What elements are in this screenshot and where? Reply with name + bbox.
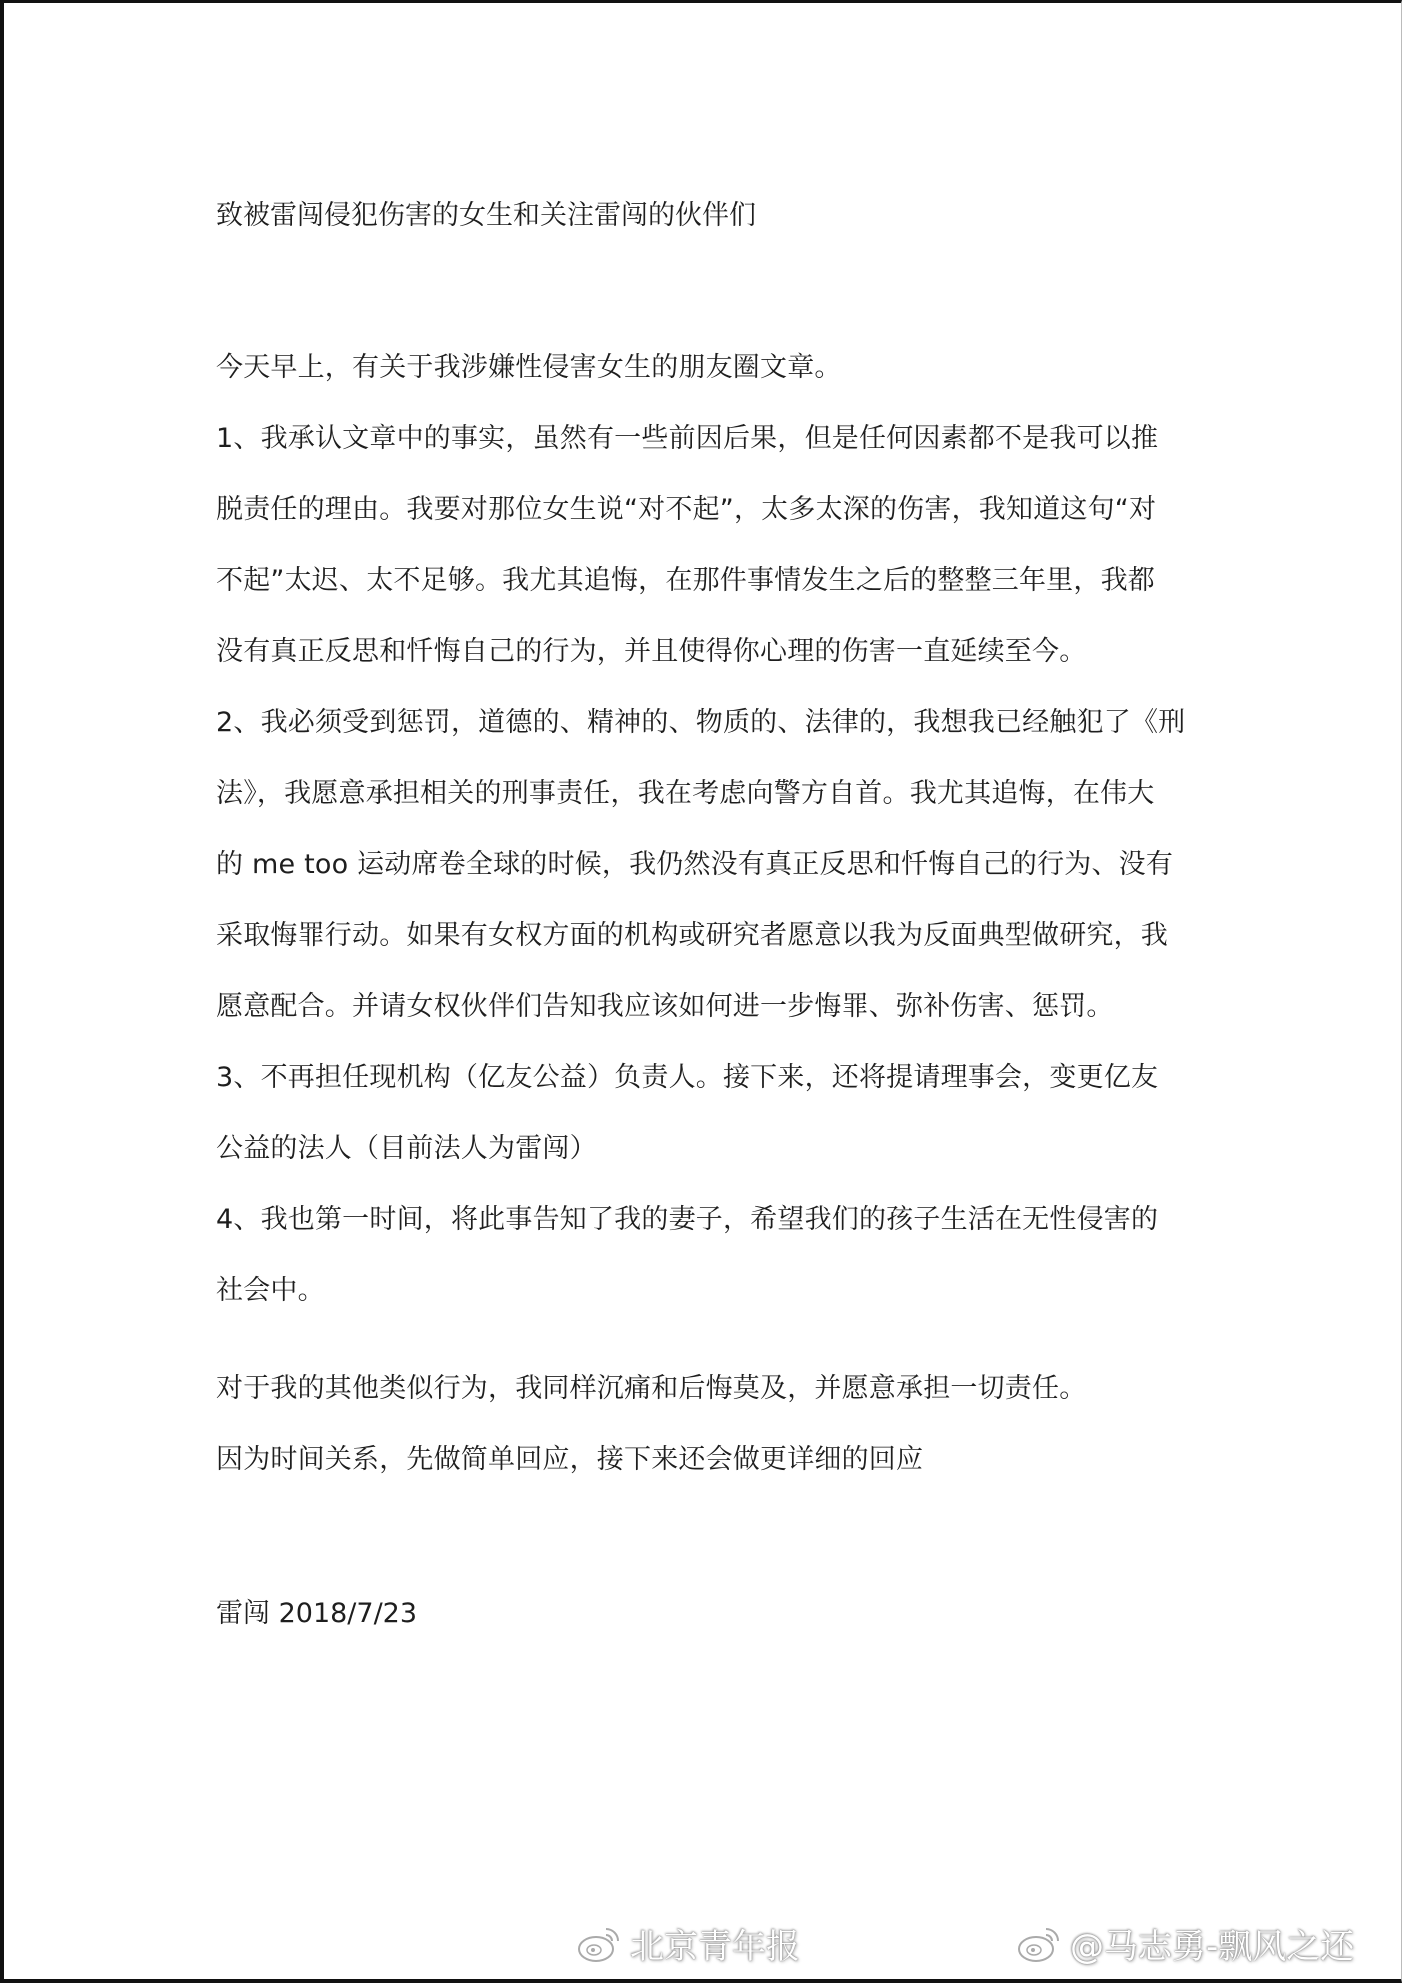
body-line: 2、我必须受到惩罚，道德的、精神的、物质的、法律的，我想我已经触犯了《刑 bbox=[216, 700, 1185, 739]
body-line: 社会中。 bbox=[216, 1268, 325, 1307]
body-line: 今天早上，有关于我涉嫌性侵害女生的朋友圈文章。 bbox=[216, 345, 842, 384]
body-line: 法》，我愿意承担相关的刑事责任，我在考虑向警方自首。我尤其追悔，在伟大 bbox=[216, 771, 1155, 810]
letter-title: 致被雷闯侵犯伤害的女生和关注雷闯的伙伴们 bbox=[216, 193, 756, 232]
body-line: 愿意配合。并请女权伙伴们告知我应该如何进一步悔罪、弥补伤害、惩罚。 bbox=[216, 984, 1114, 1023]
body-line: 3、不再担任现机构（亿友公益）负责人。接下来，还将提请理事会，变更亿友 bbox=[216, 1055, 1158, 1094]
body-line: 采取悔罪行动。如果有女权方面的机构或研究者愿意以我为反面典型做研究，我 bbox=[216, 913, 1168, 952]
body-line: 不起”太迟、太不足够。我尤其追悔，在那件事情发生之后的整整三年里，我都 bbox=[216, 558, 1155, 597]
body-line: 公益的法人（目前法人为雷闯） bbox=[216, 1126, 597, 1165]
weibo-icon bbox=[576, 1921, 624, 1965]
watermark-text: 北京青年报 bbox=[630, 1919, 800, 1968]
body-line: 对于我的其他类似行为，我同样沉痛和后悔莫及，并愿意承担一切责任。 bbox=[216, 1366, 1086, 1405]
body-line: 4、我也第一时间，将此事告知了我的妻子，希望我们的孩子生活在无性侵害的 bbox=[216, 1197, 1158, 1236]
watermark-text: @马志勇-飘风之还 bbox=[1070, 1919, 1354, 1968]
watermark-author: @马志勇-飘风之还 bbox=[1016, 1915, 1354, 1971]
body-line: 脱责任的理由。我要对那位女生说“对不起”，太多太深的伤害，我知道这句“对 bbox=[216, 487, 1156, 526]
signature-date: 雷闯 2018/7/23 bbox=[216, 1591, 417, 1630]
weibo-icon bbox=[1016, 1921, 1064, 1965]
watermark-beijing-youth-daily: 北京青年报 bbox=[576, 1915, 800, 1971]
body-line: 的 me too 运动席卷全球的时候，我仍然没有真正反思和忏悔自己的行为、没有 bbox=[216, 842, 1173, 881]
body-line: 1、我承认文章中的事实，虽然有一些前因后果，但是任何因素都不是我可以推 bbox=[216, 416, 1158, 455]
body-line: 没有真正反思和忏悔自己的行为，并且使得你心理的伤害一直延续至今。 bbox=[216, 629, 1086, 668]
body-line: 因为时间关系，先做简单回应，接下来还会做更详细的回应 bbox=[216, 1437, 923, 1476]
document-page: 致被雷闯侵犯伤害的女生和关注雷闯的伙伴们 今天早上，有关于我涉嫌性侵害女生的朋友… bbox=[0, 0, 1402, 1983]
